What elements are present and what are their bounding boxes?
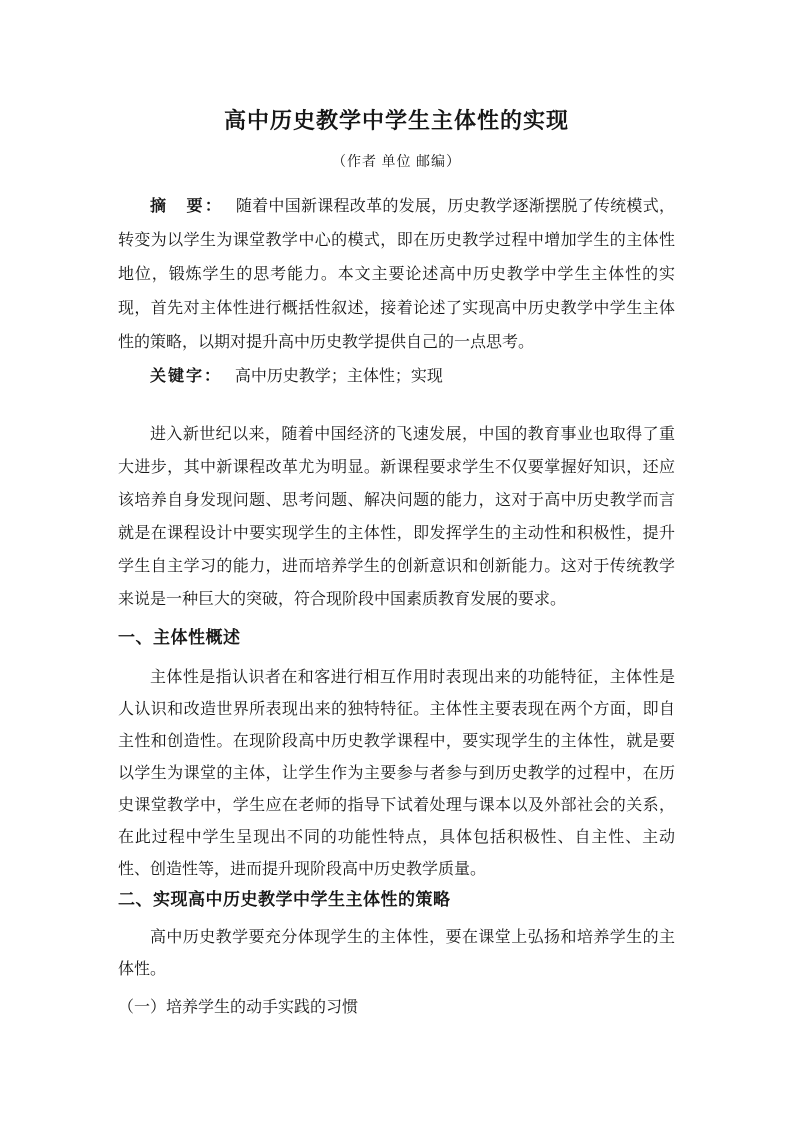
section-1-heading: 一、主体性概述 <box>118 624 675 652</box>
section-1-body: 主体性是指认识者在和客进行相互作用时表现出来的功能特征，主体性是人认识和改造世界… <box>118 662 675 886</box>
introduction-paragraph: 进入新世纪以来，随着中国经济的飞速发展，中国的教育事业也取得了重大进步，其中新课… <box>118 418 675 616</box>
abstract-label: 摘 要： <box>150 198 223 215</box>
abstract-text: 随着中国新课程改革的发展，历史教学逐渐摆脱了传统模式，转变为以学生为课堂教学中心… <box>118 198 675 351</box>
subsection-1-heading: （一）培养学生的动手实践的习惯 <box>118 994 675 1022</box>
author-line: （作者 单位 邮编） <box>118 152 675 174</box>
section-2-body: 高中历史教学要充分体现学生的主体性，要在课堂上弘扬和培养学生的主体性。 <box>118 922 675 986</box>
abstract-paragraph: 摘 要：随着中国新课程改革的发展，历史教学逐渐摆脱了传统模式，转变为以学生为课堂… <box>118 190 675 360</box>
keywords-text: 高中历史教学；主体性；实现 <box>235 368 443 385</box>
paper-title: 高中历史教学中学生主体性的实现 <box>118 104 675 138</box>
section-2-heading: 二、实现高中历史教学中学生主体性的策略 <box>118 886 675 914</box>
document-page: 高中历史教学中学生主体性的实现 （作者 单位 邮编） 摘 要：随着中国新课程改革… <box>0 0 793 1122</box>
keywords-paragraph: 关键字：高中历史教学；主体性；实现 <box>118 360 675 394</box>
keywords-label: 关键字： <box>150 368 222 385</box>
